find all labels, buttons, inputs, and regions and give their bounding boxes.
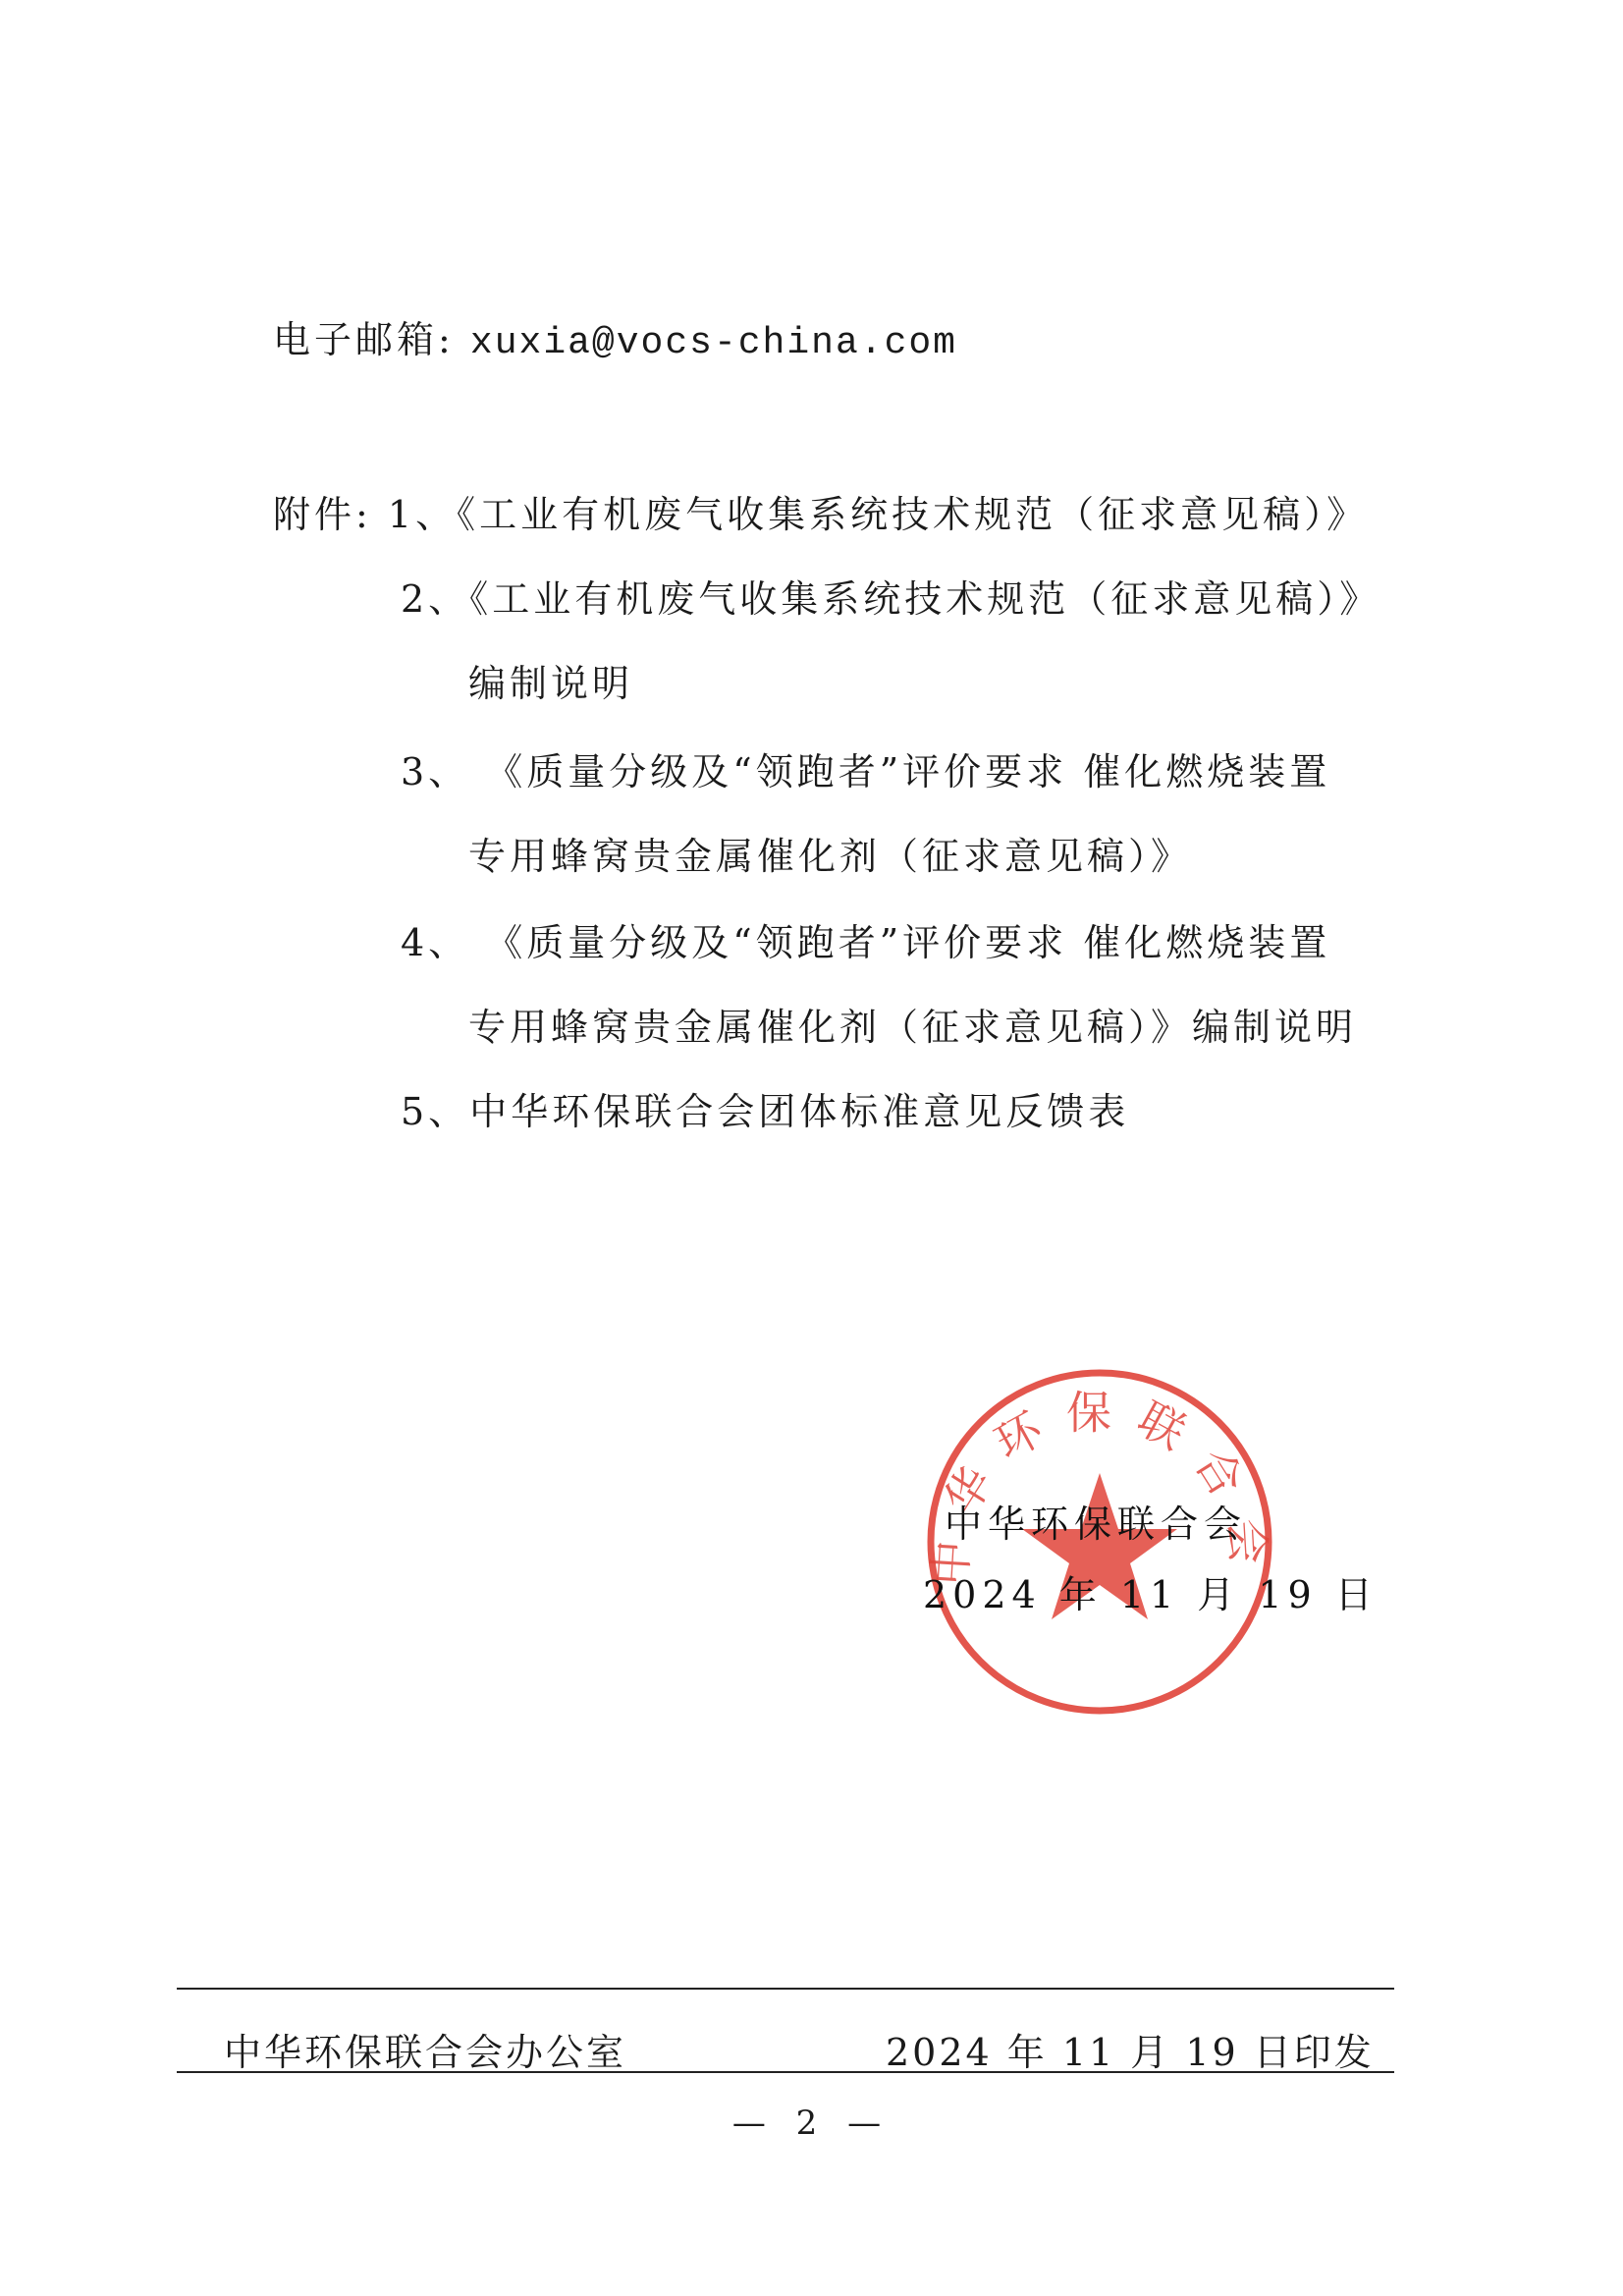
attachment-item-1: 附件: 1、《工业有机废气收集系统技术规范（征求意见稿）》 [273, 491, 1368, 538]
email-label: 电子邮箱: [273, 318, 455, 361]
footer-top-rule [177, 1988, 1394, 1990]
signature-date: 2024 年 11 月 19 日 [923, 1571, 1379, 1618]
email-value: xuxia@vocs-china.com [470, 322, 957, 364]
attachment-number: 2、 [401, 577, 469, 621]
attachment-title: 《质量分级及“领跑者”评价要求 催化燃烧装置 [485, 750, 1330, 793]
attachment-title: 《质量分级及“领跑者”评价要求 催化燃烧装置 [485, 921, 1330, 964]
attachment-title: 《工业有机废气收集系统技术规范（征求意见稿）》 [457, 493, 1368, 536]
footer-bottom-rule [177, 2071, 1394, 2073]
page-number: — 2 — [0, 2102, 1623, 2145]
attachment-number: 5、 [401, 1090, 469, 1133]
attachment-item-3-continuation: 专用蜂窝贵金属催化剂（征求意见稿）》 [468, 833, 1192, 880]
attachment-item-2: 2、《工业有机废气收集系统技术规范（征求意见稿）》 [401, 575, 1380, 623]
attachment-number: 3、 [401, 750, 469, 793]
footer-issuer: 中华环保联合会办公室 [224, 2029, 626, 2076]
attachment-item-3: 3、 《质量分级及“领跑者”评价要求 催化燃烧装置 [401, 748, 1330, 795]
signature-organization: 中华环保联合会 [945, 1501, 1247, 1548]
footer-issue-date: 2024 年 11 月 19 日印发 [886, 2029, 1375, 2076]
attachment-title: 中华环保联合会团体标准意见反馈表 [469, 1090, 1129, 1133]
email-line: 电子邮箱: xuxia@vocs-china.com [273, 316, 957, 367]
attachments-label: 附件: [273, 493, 372, 536]
attachment-item-4: 4、 《质量分级及“领跑者”评价要求 催化燃烧装置 [401, 919, 1330, 966]
attachment-title: 《工业有机废气收集系统技术规范（征求意见稿）》 [469, 577, 1380, 621]
attachment-item-4-continuation: 专用蜂窝贵金属催化剂（征求意见稿）》编制说明 [468, 1004, 1357, 1051]
attachment-item-2-continuation: 编制说明 [468, 660, 633, 707]
attachment-number: 4、 [401, 921, 469, 964]
attachment-number: 1、 [388, 493, 457, 536]
attachment-item-5: 5、中华环保联合会团体标准意见反馈表 [401, 1088, 1129, 1135]
